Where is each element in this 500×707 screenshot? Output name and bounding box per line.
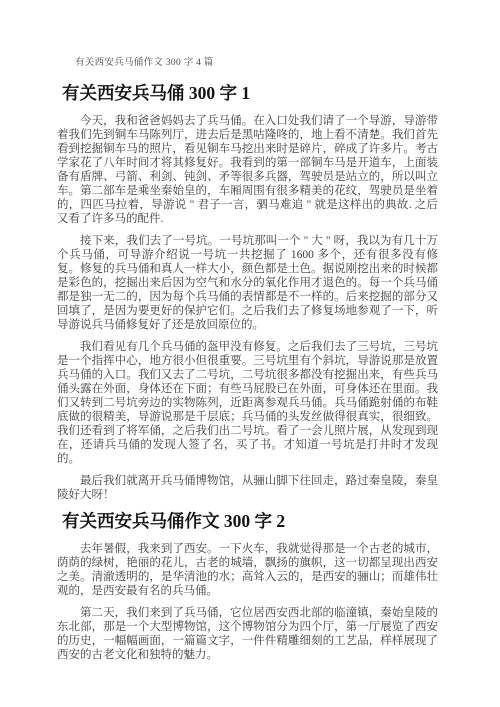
section-1-paragraph-3: 我们看见有几个兵马俑的盔甲没有修复。之后我们去了三号坑，三号坑是一个指挥中心，地… — [57, 340, 438, 466]
section-2-paragraph-2: 第二天，我们来到了兵马俑，它位居西安西北部的临潼镇，秦始皇陵的东北部，那是一个大… — [57, 606, 438, 662]
document-page: 有关西安兵马俑作文 300 字 4 篇 有关西安兵马俑 300 字 1 今天，我… — [0, 0, 500, 707]
section-2-paragraph-1: 去年暑假，我来到了西安。一下火车，我就觉得那是一个古老的城市，荫荫的绿树，艳丽的… — [57, 542, 438, 598]
section-1-heading: 有关西安兵马俑 300 字 1 — [62, 82, 438, 105]
section-1-paragraph-2: 接下来，我们去了一号坑。一号坑那叫一个 " 大 " 呀，我以为有几十万个兵马俑，… — [57, 234, 438, 332]
section-1-paragraph-4: 最后我们就离开兵马俑博物馆，从骊山脚下往回走，路过秦皇陵，秦皇陵好大呀！ — [57, 474, 438, 502]
section-1-paragraph-1: 今天，我和爸爸妈妈去了兵马俑。在入口处我们请了一个导游，导游带着我们先到铜车马陈… — [57, 114, 438, 226]
document-kicker: 有关西安兵马俑作文 300 字 4 篇 — [75, 57, 438, 69]
section-2-heading: 有关西安兵马俑作文 300 字 2 — [62, 510, 438, 533]
